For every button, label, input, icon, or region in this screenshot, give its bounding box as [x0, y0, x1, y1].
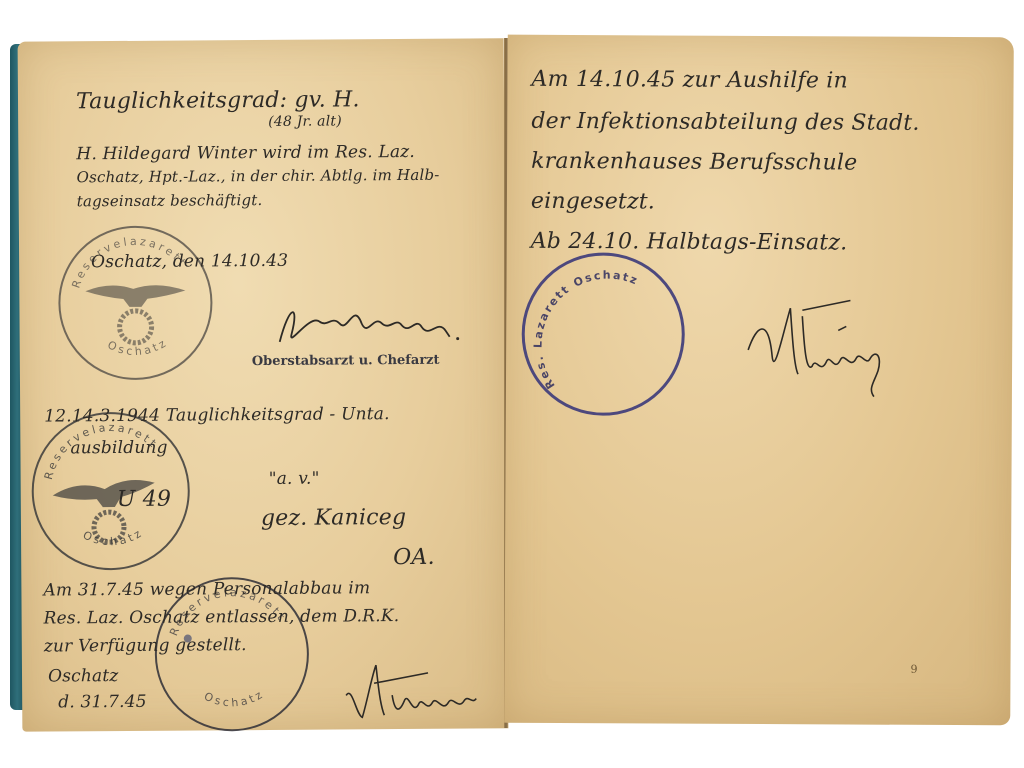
- oa-abbrev: OA.: [393, 545, 435, 571]
- assignment-line-1: H. Hildegard Winter wird im Res. Laz.: [76, 143, 415, 165]
- discharge-line-3: zur Verfügung gestellt.: [44, 636, 247, 657]
- discharge-line-2: Res. Laz. Oschatz entlassen, dem D.R.K.: [44, 607, 400, 629]
- assignment-1945-line-3: krankenhauses Berufsschule: [531, 149, 857, 176]
- typed-title-chefarzt: Oberstabsarzt u. Chefarzt: [252, 353, 440, 369]
- assignment-line-3: tagseinsatz beschäftigt.: [77, 192, 263, 211]
- left-page: Tauglichkeitsgrad: gv. H. (48 Jr. alt) H…: [18, 38, 509, 731]
- assignment-1945-line-2: der Infektionsabteilung des Stadt.: [531, 109, 919, 136]
- discharge-place: Oschatz: [48, 667, 119, 687]
- eagle-emblem-icon: [85, 285, 185, 343]
- signature-1: [269, 293, 469, 354]
- place-date-1: Oschatz, den 14.10.43: [91, 252, 288, 273]
- svg-text:Oschatz: Oschatz: [202, 687, 267, 710]
- document-photo: Tauglichkeitsgrad: gv. H. (48 Jr. alt) H…: [0, 0, 1024, 768]
- age-note: (48 Jr. alt): [268, 113, 342, 130]
- assignment-1945-line-1: Am 14.10.45 zur Aushilfe in: [532, 67, 848, 94]
- discharge-date: d. 31.7.45: [58, 693, 147, 713]
- svg-text:Oschatz: Oschatz: [81, 526, 146, 549]
- assignment-line-2: Oschatz, Hpt.-Laz., in der chir. Abtlg. …: [76, 167, 439, 187]
- fitness-grade-line: Tauglichkeitsgrad: gv. H.: [76, 87, 360, 114]
- reservelazarett-stamp-1: Reservelazarett Oschatz: [55, 222, 216, 383]
- gez-signature-name: gez. Kaniceg: [261, 505, 406, 531]
- signature-4: [742, 296, 913, 407]
- right-page: Am 14.10.45 zur Aushilfe in der Infektio…: [504, 35, 1014, 726]
- date-1944-line: 12.14.3.1944 Tauglichkeitsgrad - Unta.: [44, 405, 390, 427]
- ausbildung-note: ausbildung: [70, 439, 167, 459]
- signature-3: [338, 654, 488, 725]
- discharge-line-1: Am 31.7.45 wegen Personalabbau im: [43, 579, 370, 601]
- res-lazarett-violet-stamp: Res. Lazarett Oschatz: [518, 249, 689, 420]
- svg-text:Oschatz: Oschatz: [105, 336, 170, 359]
- av-note: "a. v.": [269, 470, 320, 490]
- svg-text:Res. Lazarett Oschatz: Res. Lazarett Oschatz: [531, 268, 640, 392]
- assignment-1945-line-4: eingesetzt.: [531, 189, 655, 215]
- code-u49: U 49: [117, 487, 172, 513]
- page-number: 9: [910, 663, 917, 676]
